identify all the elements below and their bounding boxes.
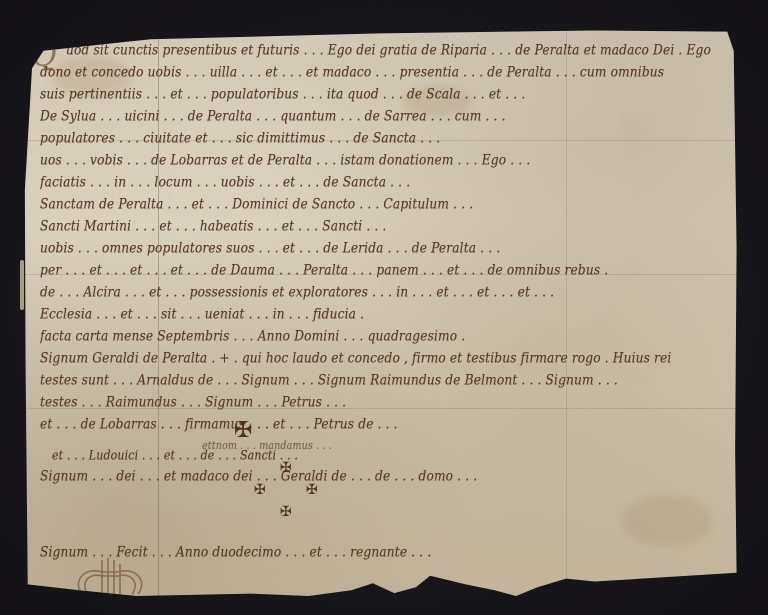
text-line: de . . . Alcira . . . et . . . possessio… [40, 284, 724, 300]
text-line: faciatis . . . in . . . locum . . . uobi… [40, 174, 724, 190]
text-line: De Sylua . . . uicini . . . de Peralta .… [40, 108, 724, 124]
cross-sign-icon: ✠ [234, 418, 252, 443]
cross-sign-icon: ✠ [306, 482, 318, 498]
text-line: Ecclesia . . . et . . . sit . . . ueniat… [40, 306, 724, 322]
text-line: suis pertinentiis . . . et . . . populat… [40, 86, 724, 102]
text-line: per . . . et . . . et . . . et . . . de … [40, 262, 724, 278]
text-line: Sanctam de Peralta . . . et . . . Domini… [40, 196, 724, 212]
text-line: testes . . . Raimundus . . . Signum . . … [40, 394, 724, 410]
text-line: uobis . . . omnes populatores suos . . .… [40, 240, 724, 256]
binding-cord [20, 260, 24, 310]
text-line: uos . . . vobis . . . de Lobarras et de … [40, 152, 724, 168]
text-line: uod sit cunctis presentibus et futuris .… [66, 42, 724, 58]
text-line: dono et concedo uobis . . . uilla . . . … [40, 64, 724, 80]
text-line: Signum . . . dei . . . et madaco dei . .… [40, 468, 724, 484]
text-line: facta carta mense Septembris . . . Anno … [40, 328, 724, 344]
cross-sign-icon: ✠ [280, 504, 292, 520]
stain [622, 496, 712, 546]
charter-parchment: Q uod sit cunctis presentibus et futuris… [22, 16, 738, 596]
text-line: Signum Geraldi de Peralta . + . qui hoc … [40, 350, 724, 366]
text-line: et . . . Ludouici . . . et . . . de . . … [52, 448, 724, 463]
cross-sign-icon: ✠ [280, 460, 292, 476]
text-line: Sancti Martini . . . et . . . habeatis .… [40, 218, 724, 234]
text-line: testes sunt . . . Arnaldus de . . . Sign… [40, 372, 724, 388]
text-line: et . . . de Lobarras . . . firmamus . . … [40, 416, 398, 432]
cross-sign-icon: ✠ [254, 482, 266, 498]
text-line: populatores . . . ciuitate et . . . sic … [40, 130, 724, 146]
